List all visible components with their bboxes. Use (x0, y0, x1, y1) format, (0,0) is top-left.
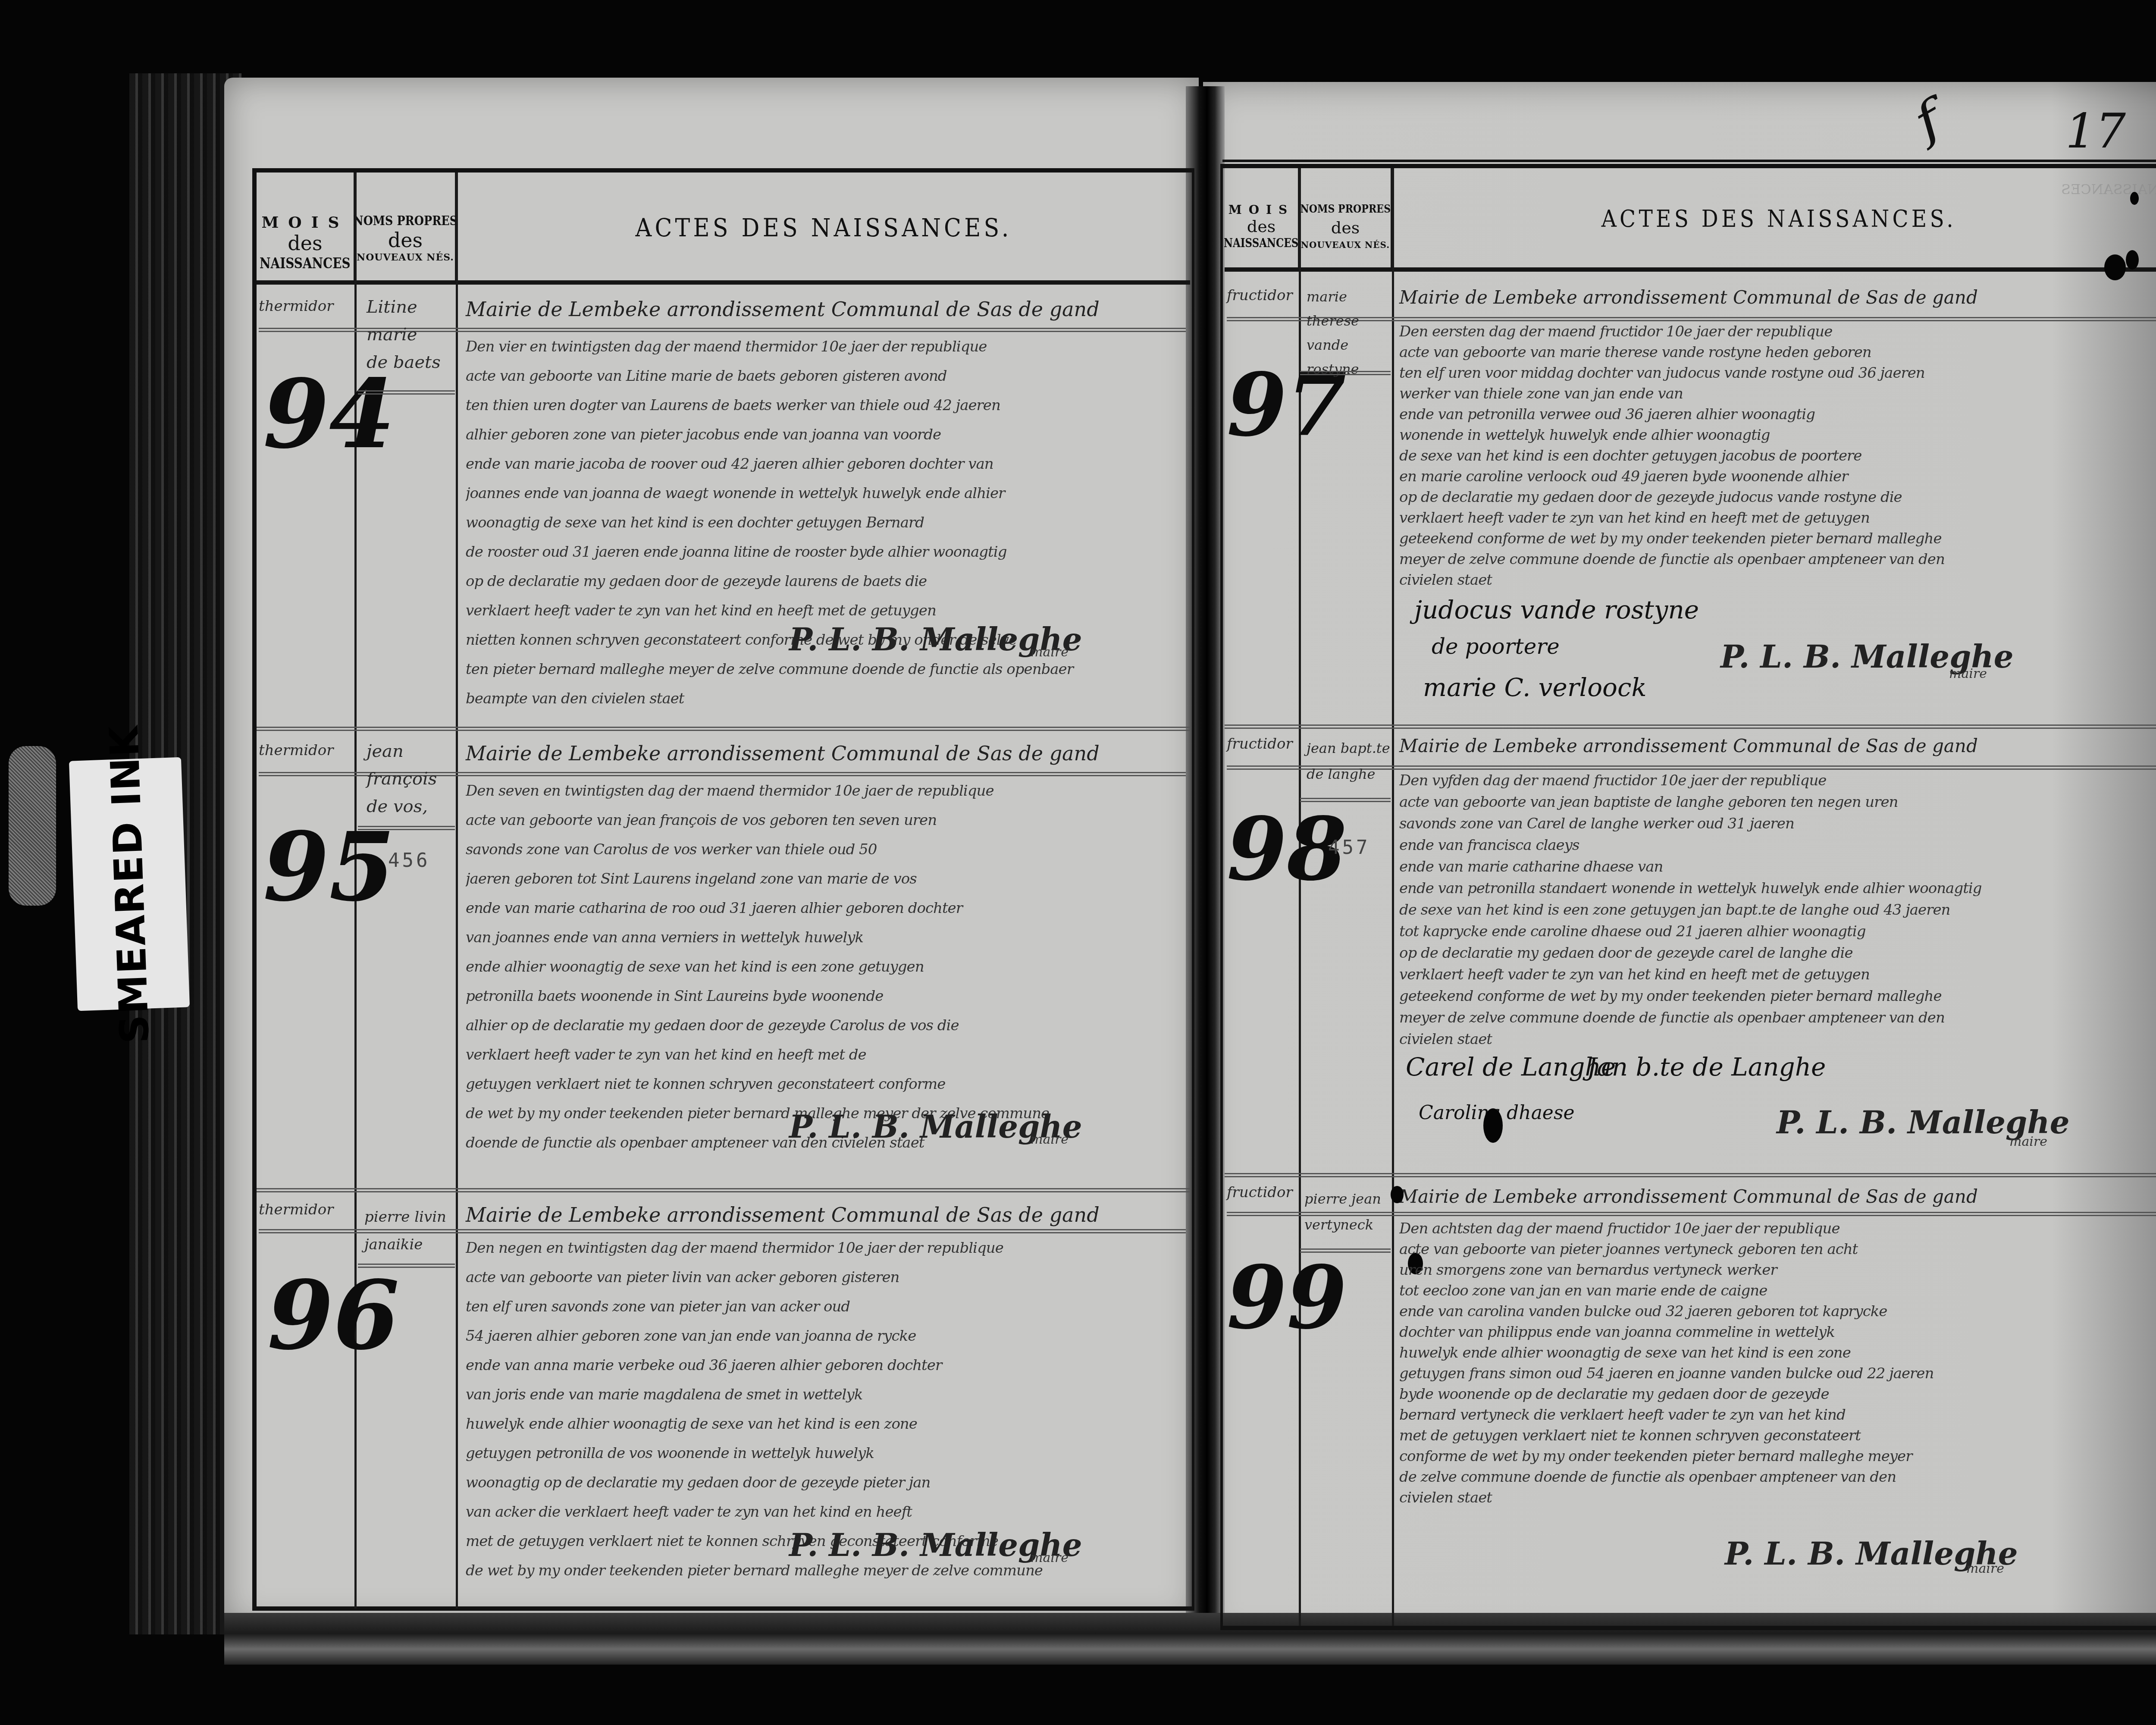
folio-number: 17 (2065, 103, 2126, 159)
right-col-divider-2 (1392, 168, 1394, 1626)
witness-signature: de poortere (1432, 634, 1560, 659)
cloth-scrap (9, 746, 56, 906)
child-name: jean françois de vos, (367, 737, 453, 820)
left-page-title: ACTES DES NAISSANCES. (636, 213, 1012, 242)
name-rule (358, 1264, 455, 1268)
left-header-title-cell: ACTES DES NAISSANCES. (457, 172, 1190, 282)
signature-title: maire (2009, 1134, 2047, 1149)
signature-title: maire (1966, 1561, 2004, 1576)
right-entry-separator-1 (1225, 724, 2156, 729)
right-page-title: ACTES DES NAISSANCES. (1601, 205, 1956, 232)
entry-body: Den achtsten dag der maend fructidor 10e… (1399, 1218, 2156, 1508)
name-rule (1300, 1248, 1391, 1253)
entry-number: 99 (1227, 1255, 1347, 1341)
entry-body: Den vyfden dag der maend fructidor 10e j… (1399, 770, 2156, 1050)
signature-title: maire (1031, 1550, 1069, 1565)
witness-signature: Jan b.te de Langhe (1587, 1052, 1826, 1082)
entry-number: 94 (263, 367, 395, 461)
right-header-names-col: NOMS PROPRES des NOUVEAUX NÉS. (1300, 168, 1393, 270)
name-rule (1300, 798, 1391, 802)
entry-body: Den seven en twintigsten dag der maend t… (466, 776, 1181, 1157)
left-entry-separator-2 (257, 1188, 1190, 1192)
entry-body: Den eersten dag der maend fructidor 10e … (1399, 321, 2156, 590)
witness-signature: marie C. verloock (1423, 673, 1647, 702)
smeared-ink-label: SMEARED INK (69, 757, 190, 1011)
witness-signature: Carel de Langhe (1406, 1052, 1616, 1082)
entry-month: fructidor (1227, 287, 1293, 304)
right-header-rule (1225, 267, 2156, 272)
ink-blot (2104, 254, 2126, 280)
child-name: marie therese vande rostyne (1307, 285, 1391, 381)
right-header-title-cell: ACTES DES NAISSANCES. (1393, 168, 2156, 270)
entry-heading: Mairie de Lembeke arrondissement Communa… (466, 298, 1100, 321)
ink-blot (2130, 192, 2139, 205)
entry-month: thermidor (259, 298, 334, 315)
left-header-names-col: NOMS PROPRES des NOUVEAUX NÉS. (356, 172, 457, 282)
right-header-month-col: MOIS des NAISSANCES (1225, 168, 1300, 270)
name-rule (358, 390, 455, 395)
left-header-month-col: MOIS des NAISSANCES (257, 172, 356, 282)
child-name: pierre jean vertyneck (1304, 1186, 1391, 1238)
left-header-rule (257, 280, 1190, 285)
entry-month: thermidor (259, 742, 334, 759)
signature-title: maire (1031, 645, 1069, 660)
signature-title: maire (1031, 1132, 1069, 1147)
entry-number: 95 (263, 819, 395, 914)
bleed-through-header: MOIS des NAISSANCES (2061, 181, 2156, 198)
register-number: 456 (388, 850, 430, 872)
child-name: pierre livin janaikie (364, 1203, 455, 1258)
entry-heading: Mairie de Lembeke arrondissement Communa… (1399, 735, 1978, 756)
right-entry-separator-2 (1225, 1173, 2156, 1177)
child-name: jean bapt.te de langhe (1307, 735, 1391, 787)
entry-number: 96 (267, 1268, 399, 1363)
right-top-double-rule (1222, 160, 2156, 162)
ink-blot (2126, 250, 2139, 270)
entry-month: fructidor (1227, 1184, 1293, 1201)
folio-mark: f (1919, 93, 1937, 148)
name-rule (358, 826, 455, 830)
entry-month: thermidor (259, 1201, 334, 1218)
witness-signature: judocus vande rostyne (1414, 595, 1699, 624)
register-number: 457 (1328, 837, 1370, 859)
left-col-divider-2 (456, 172, 458, 1609)
entry-heading: Mairie de Lembeke arrondissement Communa… (1399, 1186, 1978, 1207)
signature-title: maire (1949, 666, 1987, 681)
entry-heading: Mairie de Lembeke arrondissement Communa… (466, 742, 1100, 765)
entry-month: fructidor (1227, 735, 1293, 753)
entry-heading: Mairie de Lembeke arrondissement Communa… (1399, 287, 1978, 308)
smeared-ink-label-text: SMEARED INK (101, 724, 158, 1044)
child-name: Litine marie de baets (367, 293, 453, 376)
ink-blot (1391, 1186, 1404, 1203)
ink-blot (1483, 1108, 1503, 1143)
name-rule (1300, 371, 1391, 375)
left-entry-separator-1 (257, 727, 1190, 731)
entry-heading: Mairie de Lembeke arrondissement Communa… (466, 1203, 1100, 1226)
